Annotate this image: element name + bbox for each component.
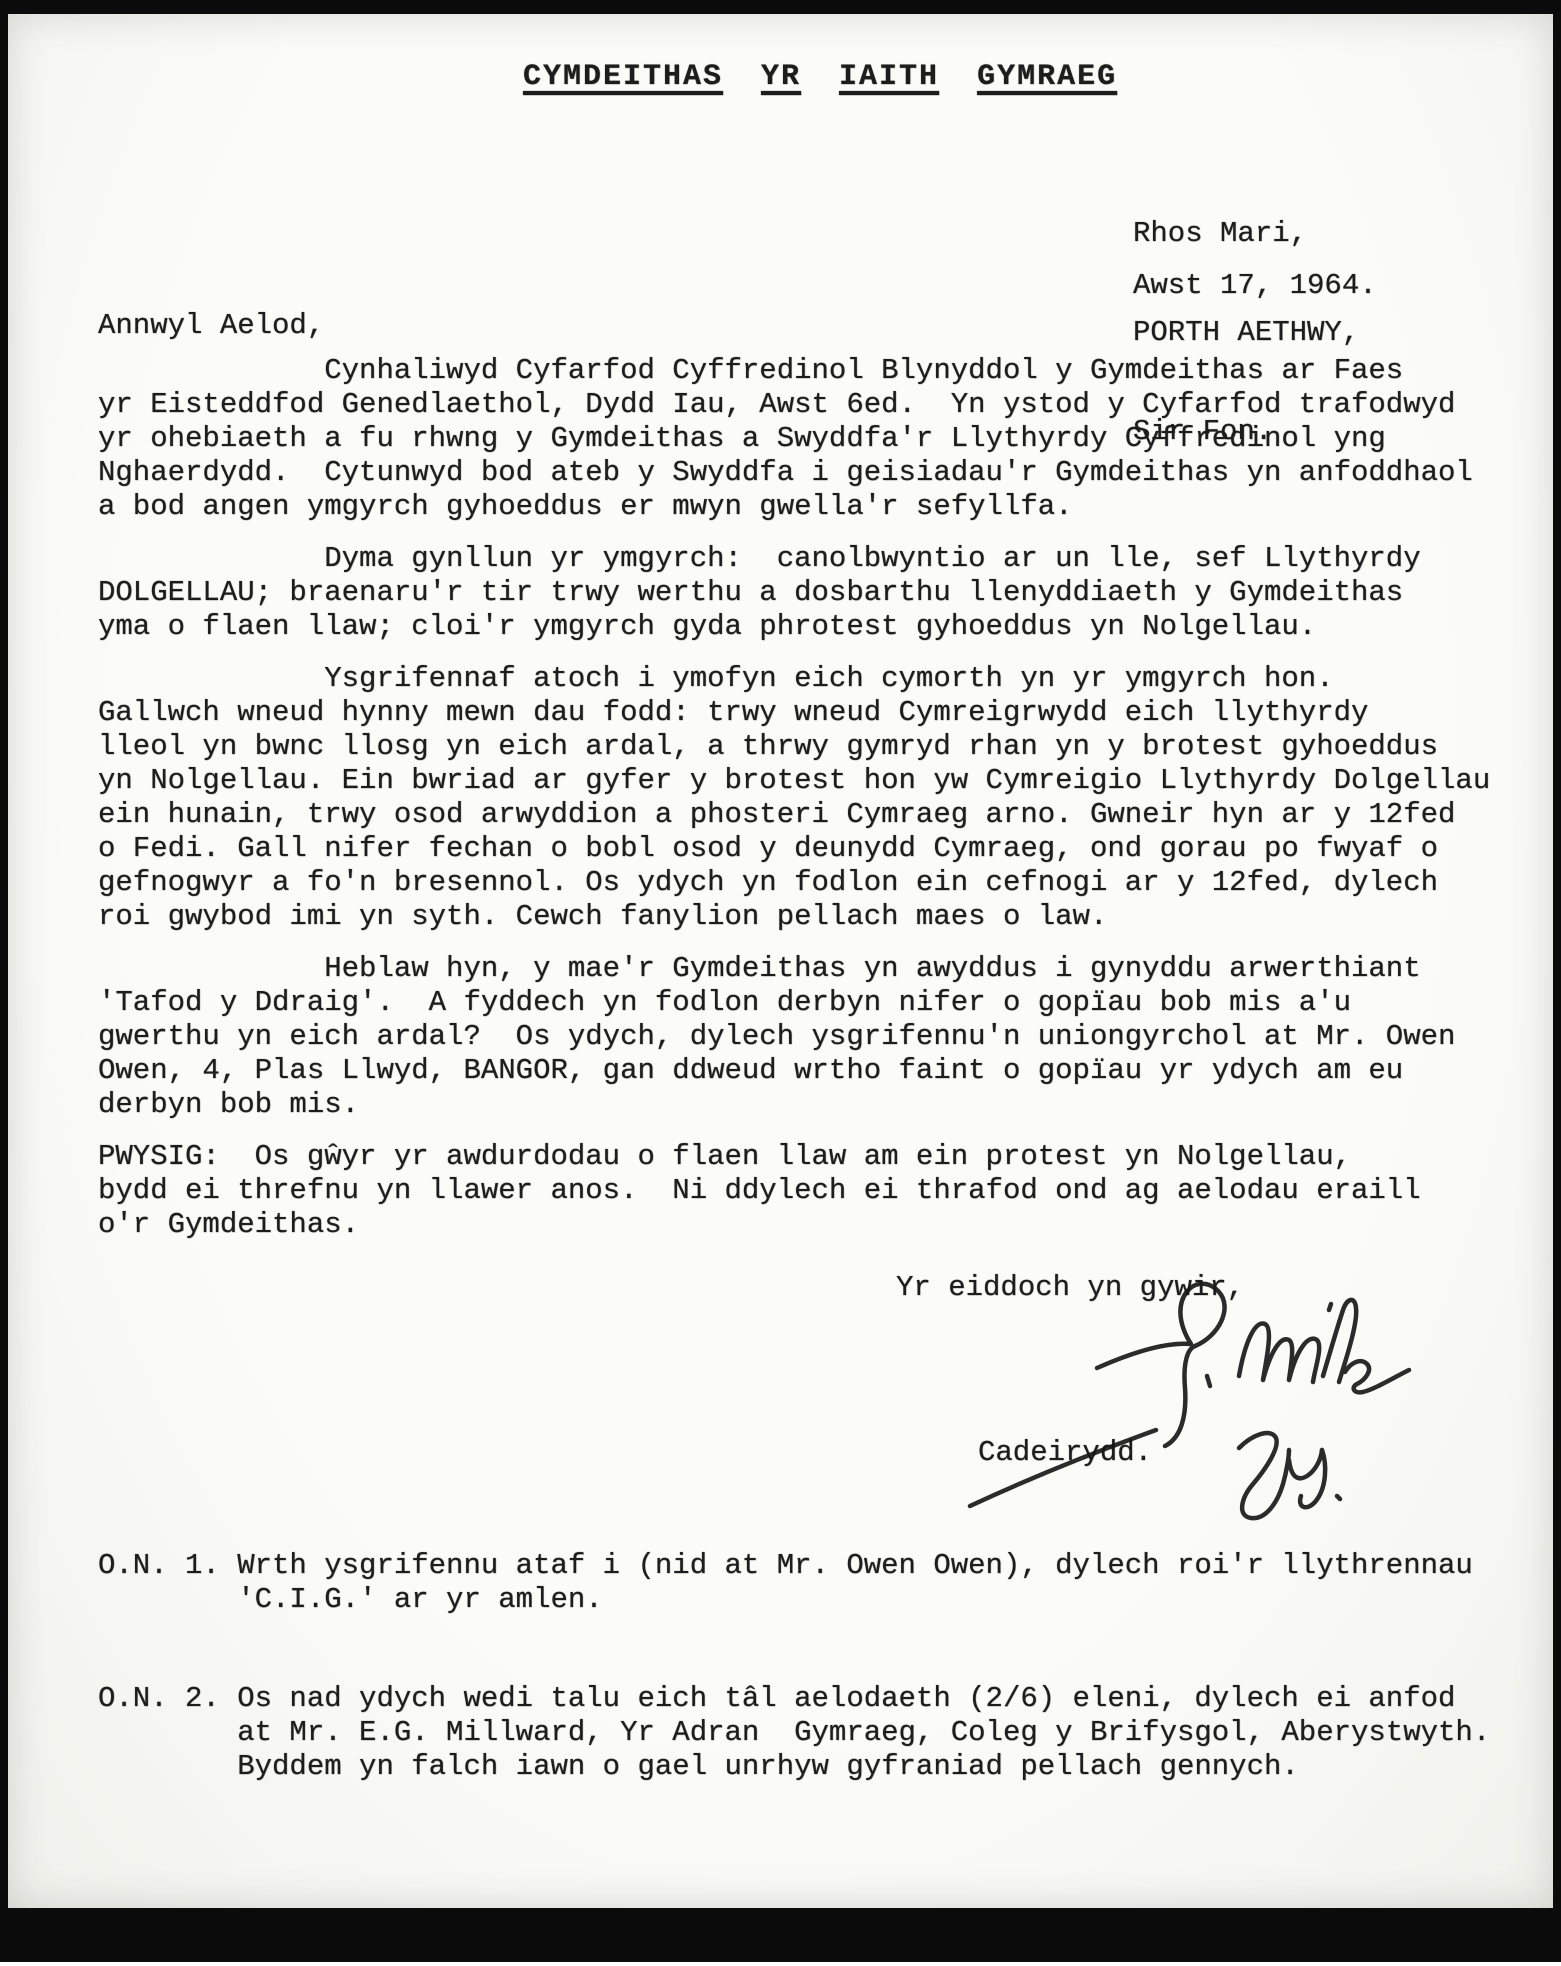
letter-page: CYMDEITHASYRIAITHGYMRAEG Rhos Mari, PORT… bbox=[8, 14, 1553, 1908]
paragraph-pwysig-warning: PWYSIG: Os gŵyr yr awdurdodau o flaen ll… bbox=[98, 1140, 1421, 1242]
strikethrough-mark bbox=[956, 1410, 1176, 1520]
postscript-1: O.N. 1. Wrth ysgrifennu ataf i (nid at M… bbox=[98, 1549, 1473, 1617]
paragraph-annual-meeting: Cynhaliwyd Cyfarfod Cyffredinol Blynyddo… bbox=[98, 354, 1473, 524]
paragraph-tafod-y-ddraig: Heblaw hyn, y mae'r Gymdeithas yn awyddu… bbox=[98, 952, 1455, 1122]
letter-heading: CYMDEITHASYRIAITHGYMRAEG bbox=[523, 60, 1117, 94]
sender-address-line: PORTH AETHWY, bbox=[1133, 316, 1359, 349]
date-line: Awst 17, 1964. bbox=[1133, 269, 1377, 303]
paragraph-request-for-help: Ysgrifennaf atoch i ymofyn eich cymorth … bbox=[98, 662, 1490, 934]
scanned-letter: CYMDEITHASYRIAITHGYMRAEG Rhos Mari, PORT… bbox=[0, 0, 1561, 1966]
heading-word: CYMDEITHAS bbox=[523, 60, 723, 94]
salutation: Annwyl Aelod, bbox=[98, 309, 324, 343]
heading-word: YR bbox=[761, 60, 801, 94]
postscript-2: O.N. 2. Os nad ydych wedi talu eich tâl … bbox=[98, 1682, 1490, 1784]
paragraph-campaign-plan: Dyma gynllun yr ymgyrch: canolbwyntio ar… bbox=[98, 542, 1421, 644]
heading-word: IAITH bbox=[839, 60, 939, 94]
sender-address-line: Rhos Mari, bbox=[1133, 217, 1359, 250]
heading-word: GYMRAEG bbox=[977, 60, 1117, 94]
